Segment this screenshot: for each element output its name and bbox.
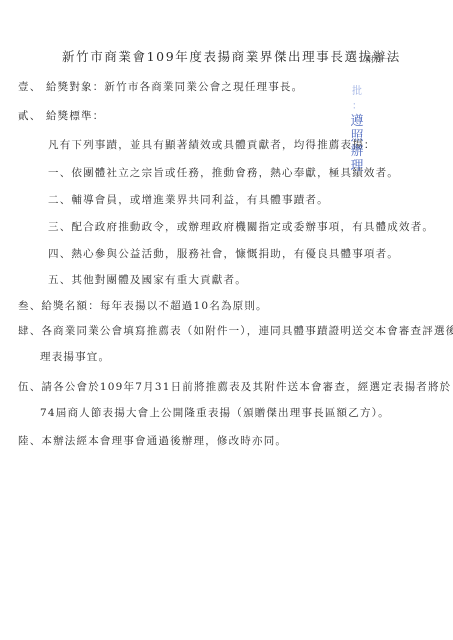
annotation-prefix: 批: [347, 84, 367, 99]
criteria-item-5: 五、其他對團體及國家有重大貢獻者。: [48, 273, 247, 287]
document-title: 新竹市商業會109年度表揚商業界傑出理事長選拔辦法: [62, 50, 401, 64]
section-2-intro: 凡有下列事蹟，並具有顯著績效或具體貢獻者，均得推薦表揚：: [48, 138, 376, 152]
handwritten-approval-annotation: 批 ： 遵 照 辦 理: [347, 84, 367, 174]
annotation-char-4: 理: [347, 159, 367, 174]
section-5-line-2: 74屆商人節表揚大會上公開隆重表揚（頒贈傑出理事長區額乙方）。: [40, 406, 390, 420]
attachment-label: 附件一: [366, 53, 393, 67]
section-3: 叁、給獎名額：每年表揚以不超過10名為原則。: [18, 299, 268, 313]
criteria-item-4: 四、熱心參與公益活動，服務社會，慷慨捐助，有優良具體事項者。: [48, 247, 399, 261]
annotation-char-3: 辦: [347, 144, 367, 159]
annotation-colon: ：: [347, 99, 367, 114]
document-page: 新竹市商業會109年度表揚商業界傑出理事長選拔辦法 附件一 壹、 給獎對象：新竹…: [0, 0, 453, 640]
annotation-char-2: 照: [347, 129, 367, 144]
criteria-item-2: 二、輔導會員，或增進業界共同利益，有具體事蹟者。: [48, 193, 329, 207]
section-4-line-2: 理表揚事宜。: [40, 350, 110, 364]
annotation-char-1: 遵: [347, 114, 367, 129]
section-4-line-1: 肆、各商業同業公會填寫推薦表（如附件一），連同具體事蹟證明送交本會審查評選後辦: [18, 324, 453, 338]
section-1: 壹、 給獎對象：新竹市各商業同業公會之現任理事長。: [18, 80, 303, 94]
section-5-line-1: 伍、請各公會於109年7月31日前將推薦表及其附件送本會審查，經選定表揚者將於: [18, 380, 451, 394]
section-6: 陸、本辦法經本會理事會通過後辦理，修改時亦同。: [18, 434, 287, 448]
criteria-item-3: 三、配合政府推動政令，或辦理政府機關指定或委辦事項，有具體成效者。: [48, 220, 434, 234]
section-2-heading: 貳、 給獎標準：: [18, 109, 104, 123]
